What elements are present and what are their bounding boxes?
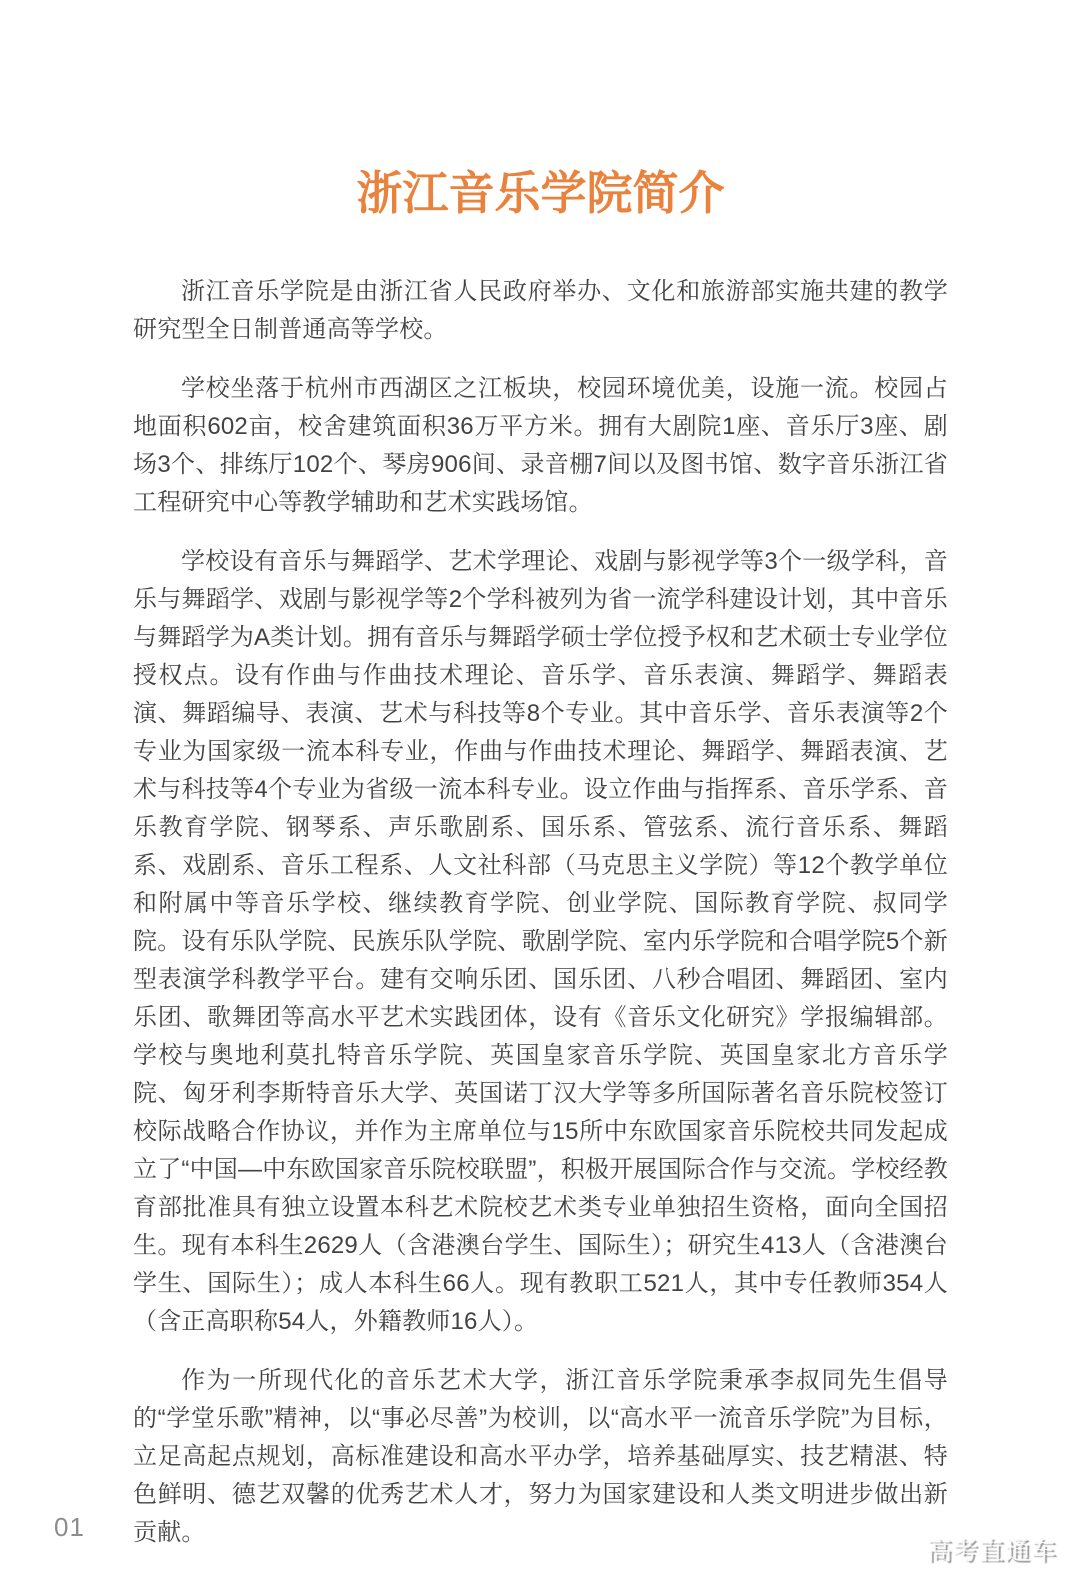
paragraph-disciplines: 学校设有音乐与舞蹈学、艺术学理论、戏剧与影视学等3个一级学科，音乐与舞蹈学、戏剧… [133, 543, 948, 1341]
document-page: 浙江音乐学院简介 浙江音乐学院是由浙江省人民政府举办、文化和旅游部实施共建的教学… [0, 0, 1080, 1592]
article-body: 浙江音乐学院是由浙江省人民政府举办、文化和旅游部实施共建的教学研究型全日制普通高… [133, 273, 948, 1552]
paragraph-mission: 作为一所现代化的音乐艺术大学，浙江音乐学院秉承李叔同先生倡导的“学堂乐歌”精神，… [133, 1362, 948, 1552]
page-title: 浙江音乐学院简介 [133, 163, 948, 225]
paragraph-campus: 学校坐落于杭州市西湖区之江板块，校园环境优美，设施一流。校园占地面积602亩，校… [133, 370, 948, 522]
document-content: 浙江音乐学院简介 浙江音乐学院是由浙江省人民政府举办、文化和旅游部实施共建的教学… [133, 163, 948, 1552]
page-number: 01 [54, 1512, 85, 1542]
watermark-logo: 高考直通车 [927, 1536, 1057, 1566]
paragraph-intro: 浙江音乐学院是由浙江省人民政府举办、文化和旅游部实施共建的教学研究型全日制普通高… [133, 273, 948, 349]
